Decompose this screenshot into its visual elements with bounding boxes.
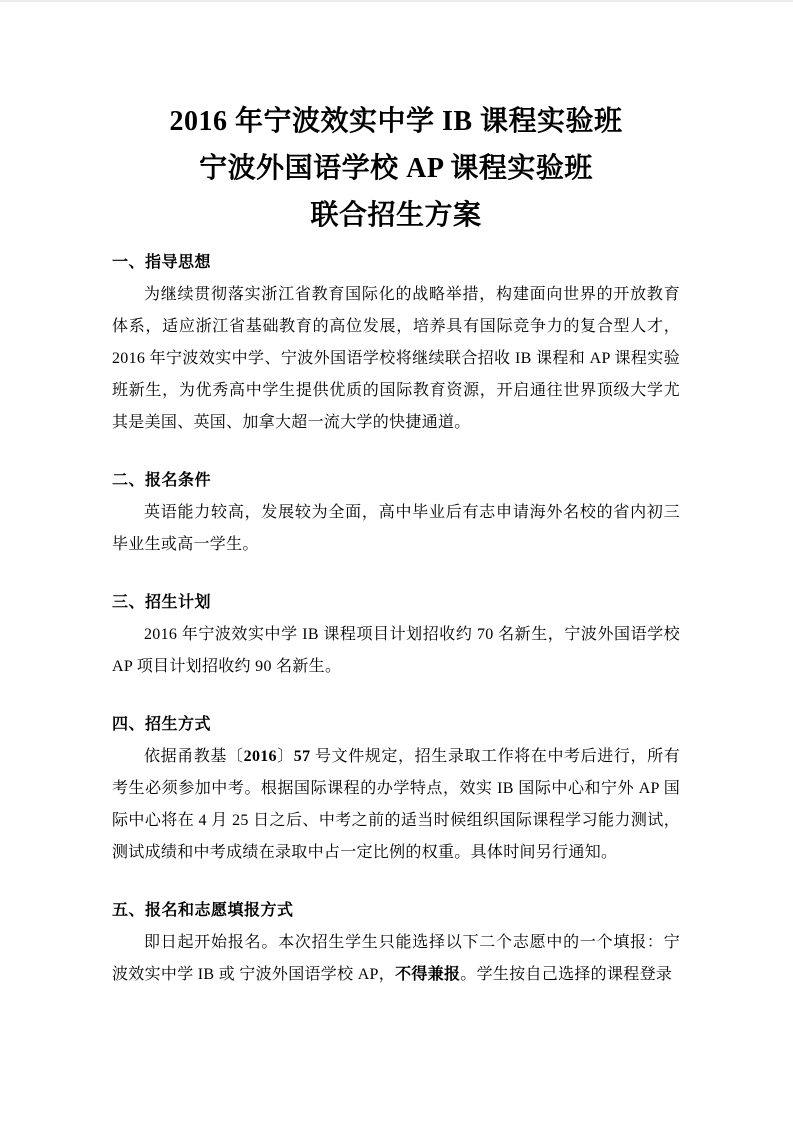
section-heading: 一、指导思想 <box>112 247 680 279</box>
section-1: 一、指导思想 为继续贯彻落实浙江省教育国际化的战略举措，构建面向世界的开放教育体… <box>112 247 680 439</box>
text-run: 〕 <box>277 748 294 765</box>
section-5: 五、报名和志愿填报方式 即日起开始报名。本次招生学生只能选择以下二个志愿中的一个… <box>112 895 680 991</box>
text-run: 。学生按自己选择的课程登录 <box>460 966 672 983</box>
title-line-2: 宁波外国语学校 AP 课程实验班 <box>112 145 680 192</box>
document-page: 2016 年宁波效实中学 IB 课程实验班 宁波外国语学校 AP 课程实验班 联… <box>0 0 793 1122</box>
section-heading: 二、报名条件 <box>112 465 680 497</box>
section-heading: 五、报名和志愿填报方式 <box>112 895 680 927</box>
section-4: 四、招生方式 依据甬教基〔2016〕57 号文件规定，招生录取工作将在中考后进行… <box>112 709 680 869</box>
sections: 一、指导思想 为继续贯彻落实浙江省教育国际化的战略举措，构建面向世界的开放教育体… <box>112 247 680 991</box>
text-run: 2016 年宁波效实中学 IB 课程项目计划招收约 70 名新生，宁波外国语学校… <box>112 626 680 675</box>
text-run: 依据甬教基〔 <box>144 748 244 765</box>
section-paragraph: 为继续贯彻落实浙江省教育国际化的战略举措，构建面向世界的开放教育体系，适应浙江省… <box>112 279 680 439</box>
section-3: 三、招生计划 2016 年宁波效实中学 IB 课程项目计划招收约 70 名新生，… <box>112 587 680 683</box>
section-paragraph: 依据甬教基〔2016〕57 号文件规定，招生录取工作将在中考后进行，所有考生必须… <box>112 741 680 869</box>
section-heading: 三、招生计划 <box>112 587 680 619</box>
title-line-3: 联合招生方案 <box>112 192 680 239</box>
section-heading: 四、招生方式 <box>112 709 680 741</box>
section-paragraph: 2016 年宁波效实中学 IB 课程项目计划招收约 70 名新生，宁波外国语学校… <box>112 619 680 683</box>
text-run: 英语能力较高，发展较为全面，高中毕业后有志申请海外名校的省内初三毕业生或高一学生… <box>112 504 680 553</box>
document-title: 2016 年宁波效实中学 IB 课程实验班 宁波外国语学校 AP 课程实验班 联… <box>112 98 680 239</box>
section-paragraph: 即日起开始报名。本次招生学生只能选择以下二个志愿中的一个填报：宁波效实中学 IB… <box>112 927 680 991</box>
bold-text-run: 57 <box>294 748 311 765</box>
text-run: 为继续贯彻落实浙江省教育国际化的战略举措，构建面向世界的开放教育体系，适应浙江省… <box>112 286 680 431</box>
bold-text-run: 不得兼报 <box>395 966 460 983</box>
title-line-1: 2016 年宁波效实中学 IB 课程实验班 <box>112 98 680 145</box>
section-2: 二、报名条件 英语能力较高，发展较为全面，高中毕业后有志申请海外名校的省内初三毕… <box>112 465 680 561</box>
bold-text-run: 2016 <box>244 748 277 765</box>
section-paragraph: 英语能力较高，发展较为全面，高中毕业后有志申请海外名校的省内初三毕业生或高一学生… <box>112 497 680 561</box>
